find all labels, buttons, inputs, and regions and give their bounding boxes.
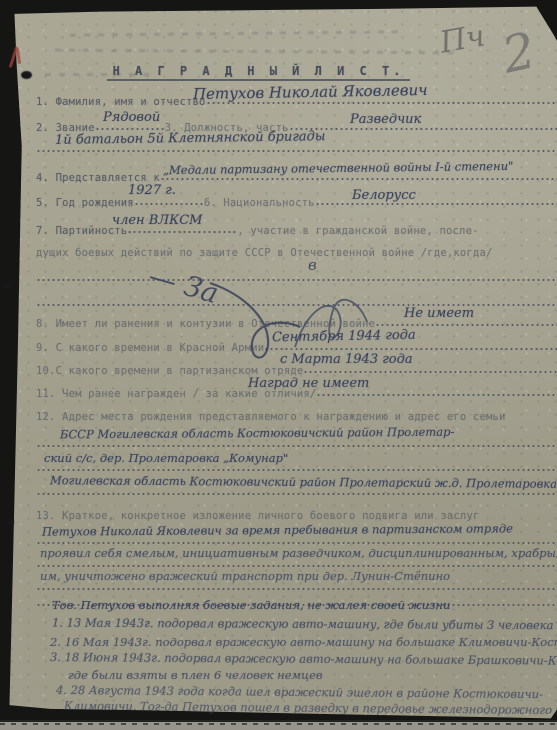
handwritten-feats-intro: Тов. Петухов выполняя боевые задания, не…: [52, 598, 450, 612]
handwritten-nationality: Белорусс: [352, 188, 416, 203]
field-label-party-cont2: дущих боевых действий по защите СССР в О…: [36, 247, 493, 260]
handwritten-feat-1: 1. 13 Мая 1943г. подорвал вражескую авто…: [52, 616, 557, 633]
document-title: Н А Г Р А Д Н Ы Й Л И С Т.: [0, 60, 517, 81]
form-row-address: 12. Адрес места рождения представляемого…: [36, 410, 557, 424]
document-title-text: Н А Г Р А Д Н Ы Й Л И С Т.: [107, 64, 411, 81]
handwritten-feat-3-cont: где были взяты в плен 6 человек немцев: [68, 668, 323, 682]
handwritten-birth-year: 1927 г.: [128, 183, 176, 198]
next-page-edge: [0, 720, 557, 730]
form-row-party-cont: дущих боевых действий по защите СССР в О…: [36, 246, 557, 260]
handwritten-merit-2: проявил себя смелым, инициативным развед…: [40, 546, 557, 560]
field-label-merit: 13. Краткое, конкретное изложение личног…: [36, 510, 479, 523]
dotted-leader: [134, 198, 204, 210]
handwritten-wounds: Не имеет: [404, 306, 474, 321]
handwritten-position: Разведчик: [350, 112, 421, 127]
ink-blot: [6, 518, 14, 526]
field-label-address: 12. Адрес места рождения представляемого…: [36, 411, 506, 424]
form-row-birth-nationality: 5. Год рождения 6. Национальность: [36, 196, 557, 210]
handwritten-address-2: ский с/с, дер. Пролетаровка „Комунар": [44, 451, 288, 465]
handwritten-rank: Рядовой: [103, 110, 160, 125]
field-label-nationality: 6. Национальность: [204, 197, 315, 210]
ink-blot: [4, 282, 13, 289]
field-label-party-cont: , участие в гражданской войне, после-: [237, 225, 478, 238]
field-label-name: 1. Фамилия, имя и отчество: [36, 96, 206, 109]
dotted-leader: [289, 123, 557, 135]
handwritten-merit-3: им, уничтожено вражеский транспорт при д…: [40, 569, 450, 583]
handwritten-feat-4-cont: Климовичи. Тог-да Петухов пошел в развед…: [64, 699, 557, 718]
field-label-birth-year: 5. Год рождения: [36, 197, 134, 210]
scanned-award-document: Пч 2 Н А Г Р А Д Н Ы Й Л И С Т. 1. Фамил…: [0, 0, 557, 730]
handwritten-address-1: БССР Могилевская область Костюковичский …: [60, 425, 454, 442]
handwritten-feat-2: 2. 16 Мая 1943г. подорвал вражескую авто…: [50, 635, 557, 649]
dotted-leader: [36, 583, 557, 595]
signature-flourish: [285, 292, 375, 362]
form-row-blank: [36, 581, 557, 595]
handwritten-party: член ВЛКСМ: [112, 213, 202, 228]
